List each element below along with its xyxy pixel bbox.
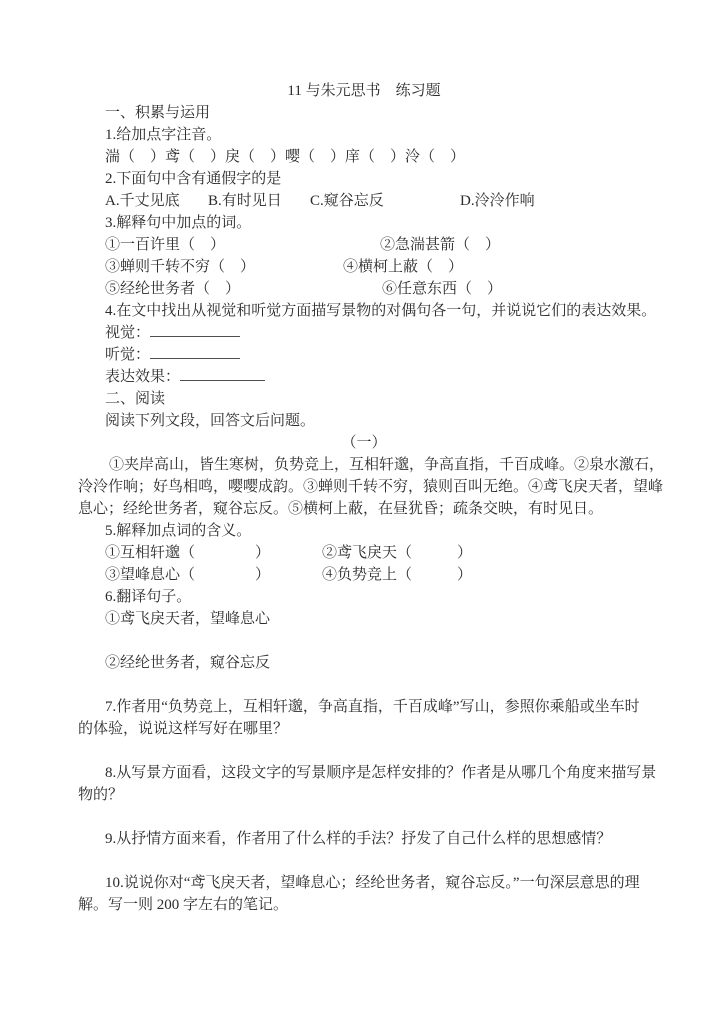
q2-option-c: C.窥谷忘反 [310,190,460,212]
q5-row-2: ③望峰息心（ ）④负势竞上（ ） [78,564,650,586]
blank-answer-space [78,806,650,828]
passage-line-3: 息心；经纶世务者，窥谷忘反。⑤横柯上蔽，在昼犹昏；疏条交映，有时见日。 [78,498,650,520]
blank-answer-space [78,740,650,762]
q10-line-2: 解。写一则 200 字左右的笔记。 [78,894,650,916]
q5-item-2: ②鸢飞戾天（ ） [322,545,472,561]
q3-item-2: ②急湍甚箭（ ） [380,237,500,253]
q8-line-1: 8.从写景方面看，这段文字的写景顺序是怎样安排的？作者是从哪几个角度来描写景 [78,762,650,784]
page-title: 11 与朱元思书 练习题 [78,80,650,102]
q7-line-2: 的体验，说说这样写好在哪里？ [78,718,650,740]
q4-visual-blank-row: 视觉： [78,322,650,344]
q3-item-6: ⑥任意东西（ ） [382,281,502,297]
q10-line-1: 10.说说你对“鸢飞戾天者，望峰息心；经纶世务者，窥谷忘反。”一句深层意思的理 [78,872,650,894]
q6-sentence-1: ①鸢飞戾天者，望峰息心 [78,608,650,630]
q6-sentence-2: ②经纶世务者，窥谷忘反 [78,652,650,674]
q2-option-a: A.千丈见底 [105,190,208,212]
q6-label: 6.翻译句子。 [78,586,650,608]
worksheet-page: 11 与朱元思书 练习题 一、积累与运用 1.给加点字注音。 湍（ ）鸢（ ）戾… [0,0,725,1024]
q5-item-3: ③望峰息心（ ） [105,564,322,586]
q5-row-1: ①互相轩邈（ ）②鸢飞戾天（ ） [78,542,650,564]
q3-row-2: ③蝉则千转不穷（ ）④横柯上蔽（ ） [78,256,650,278]
q3-row-1: ①一百许里（ ）②急湍甚箭（ ） [78,234,650,256]
q2-label: 2.下面句中含有通假字的是 [78,168,650,190]
passage-title: （一） [78,432,650,454]
answer-blank [180,366,265,381]
q8-line-2: 物的？ [78,784,650,806]
section2-heading: 二、阅读 [78,388,650,410]
passage-line-2: 泠泠作响；好鸟相鸣，嘤嘤成韵。③蝉则千转不穷，猿则百叫无绝。④鸢飞戾天者，望峰 [78,476,650,498]
q4-auditory-label: 听觉： [105,347,150,363]
q2-option-b: B.有时见日 [208,190,310,212]
q2-options-row: A.千丈见底B.有时见日C.窥谷忘反D.泠泠作响 [78,190,650,212]
section1-heading: 一、积累与运用 [78,102,650,124]
passage-line-1: ①夹岸高山，皆生寒树，负势竞上，互相轩邈，争高直指，千百成峰。②泉水激石， [78,454,650,476]
q5-item-1: ①互相轩邈（ ） [105,542,322,564]
q4-label: 4.在文中找出从视觉和听觉方面描写景物的对偶句各一句，并说说它们的表达效果。 [78,300,650,322]
section2-intro: 阅读下列文段，回答文后问题。 [78,410,650,432]
q2-option-d: D.泠泠作响 [460,190,535,212]
q5-item-4: ④负势竞上（ ） [322,567,472,583]
q4-auditory-blank-row: 听觉： [78,344,650,366]
q3-item-1: ①一百许里（ ） [105,234,380,256]
q5-label: 5.解释加点词的含义。 [78,520,650,542]
answer-blank [150,322,240,337]
q3-item-5: ⑤经纶世务者（ ） [105,278,382,300]
q3-item-3: ③蝉则千转不穷（ ） [105,256,343,278]
q1-label: 1.给加点字注音。 [78,124,650,146]
blank-answer-space [78,674,650,696]
answer-blank [150,344,240,359]
blank-answer-space [78,630,650,652]
q4-effect-blank-row: 表达效果： [78,366,650,388]
q7-line-1: 7.作者用“负势竞上，互相轩邈，争高直指，千百成峰”写山，参照你乘船或坐车时 [78,696,650,718]
q4-effect-label: 表达效果： [105,369,180,385]
blank-answer-space [78,850,650,872]
q9-line-1: 9.从抒情方面来看，作者用了什么样的手法？抒发了自己什么样的思想感情？ [78,828,650,850]
q3-label: 3.解释句中加点的词。 [78,212,650,234]
q1-pinyin-row: 湍（ ）鸢（ ）戾（ ）嘤（ ）庠（ ）泠（ ） [78,146,650,168]
q4-visual-label: 视觉： [105,325,150,341]
q3-item-4: ④横柯上蔽（ ） [343,259,463,275]
q3-row-3: ⑤经纶世务者（ ）⑥任意东西（ ） [78,278,650,300]
